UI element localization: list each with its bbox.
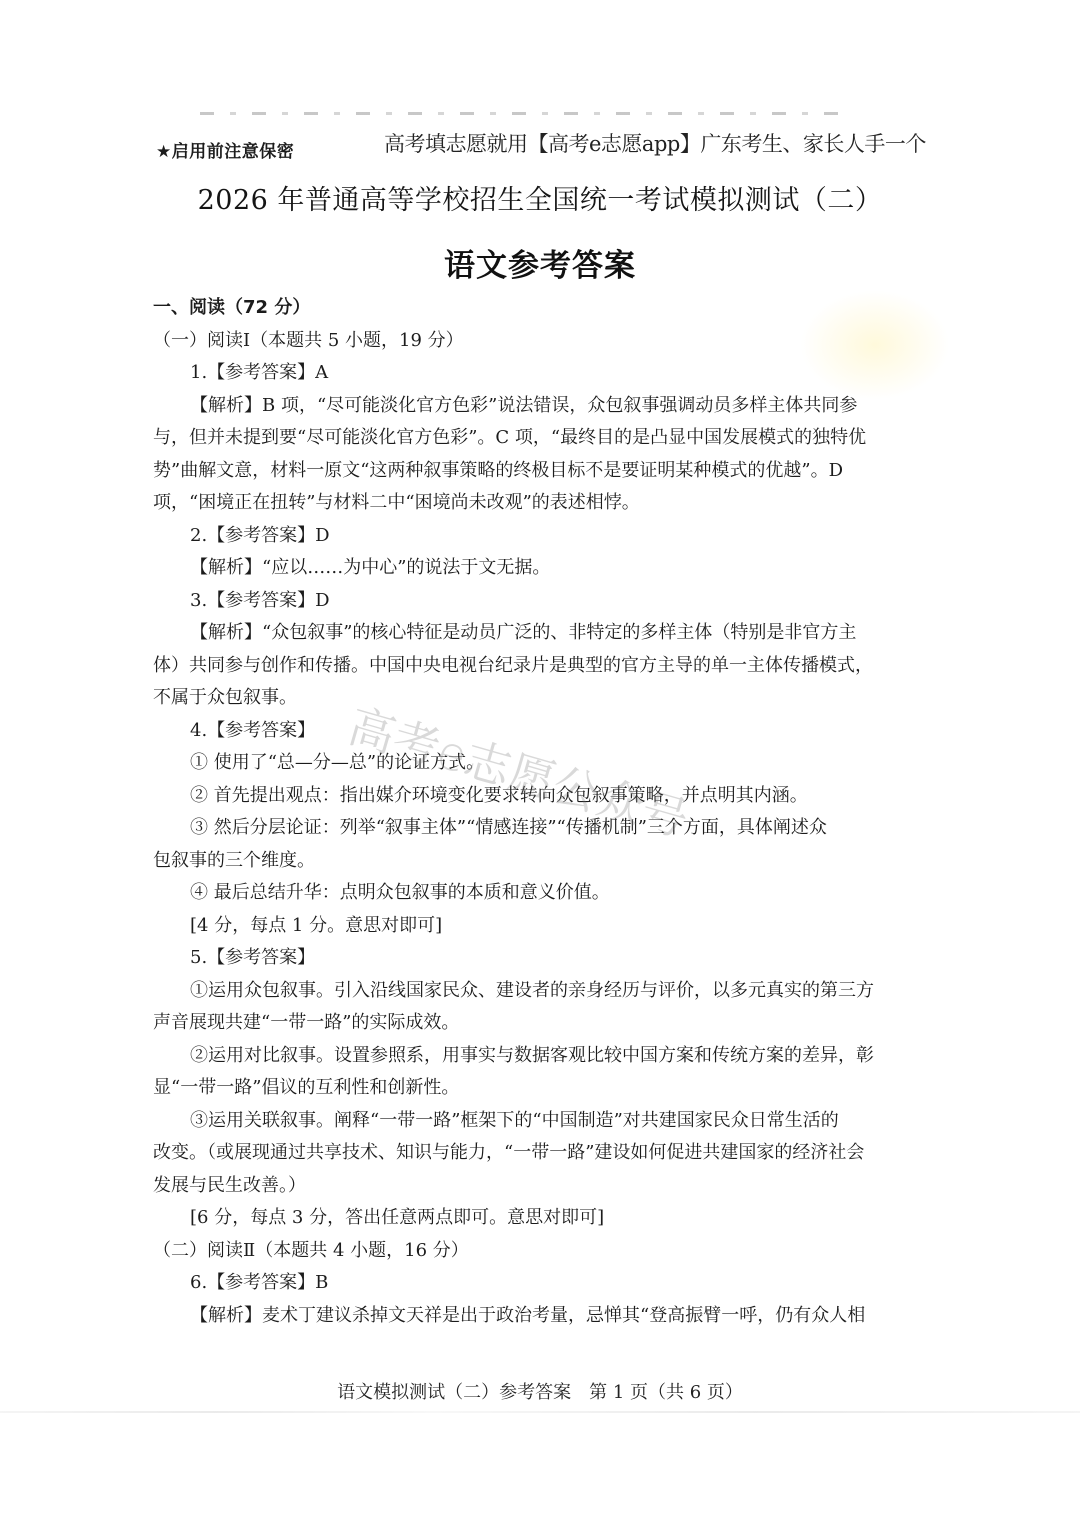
page-footer: 语文模拟测试（二）参考答案 第 1 页（共 6 页） xyxy=(0,1378,1080,1404)
faint-scan-strip xyxy=(200,112,840,115)
text-line: 【解析】B 项，“尽可能淡化官方色彩”说法错误，众包叙事强调动员多样主体共同参 xyxy=(153,390,933,423)
text-line: 与，但并未提到要“尽可能淡化官方色彩”。C 项，“最终目的是凸显中国发展模式的独… xyxy=(153,422,933,455)
text-line: 2.【参考答案】D xyxy=(153,520,933,553)
text-line: 一、阅读（72 分） xyxy=(153,292,933,325)
text-line: 6.【参考答案】B xyxy=(153,1267,933,1300)
text-line: 【解析】“应以……为中心”的说法于文无据。 xyxy=(153,552,933,585)
text-line: ③运用关联叙事。阐释“一带一路”框架下的“中国制造”对共建国家民众日常生活的 xyxy=(153,1105,933,1138)
confidential-notice: ★启用前注意保密 xyxy=(156,137,294,162)
text-line: 项，“困境正在扭转”与材料二中“困境尚未改观”的表述相悖。 xyxy=(153,487,933,520)
text-line: ④ 最后总结升华：点明众包叙事的本质和意义价值。 xyxy=(153,877,933,910)
document-title: 语文参考答案 xyxy=(0,240,1080,285)
text-line: 显“一带一路”倡议的互利性和创新性。 xyxy=(153,1072,933,1105)
text-line: 4.【参考答案】 xyxy=(153,715,933,748)
bottom-rule xyxy=(0,1411,1080,1413)
text-line: 包叙事的三个维度。 xyxy=(153,845,933,878)
text-line: 改变。（或展现通过共享技术、知识与能力，“一带一路”建设如何促进共建国家的经济社… xyxy=(153,1137,933,1170)
text-line: 【解析】麦术丁建议杀掉文天祥是出于政治考量，忌惮其“登高振臂一呼，仍有众人相 xyxy=(153,1300,933,1333)
text-line: [6 分，每点 3 分，答出任意两点即可。意思对即可] xyxy=(153,1202,933,1235)
text-line: [4 分，每点 1 分。意思对即可] xyxy=(153,910,933,943)
text-line: 5.【参考答案】 xyxy=(153,942,933,975)
text-line: ① 使用了“总—分—总”的论证方式。 xyxy=(153,747,933,780)
exam-title: 2026 年普通高等学校招生全国统一考试模拟测试（二） xyxy=(0,178,1080,217)
text-line: ② 首先提出观点：指出媒介环境变化要求转向众包叙事策略，并点明其内涵。 xyxy=(153,780,933,813)
text-line: ③ 然后分层论证：列举“叙事主体”“情感连接”“传播机制”三个方面，具体阐述众 xyxy=(153,812,933,845)
text-line: ②运用对比叙事。设置参照系，用事实与数据客观比较中国方案和传统方案的差异，彰 xyxy=(153,1040,933,1073)
text-line: 1.【参考答案】A xyxy=(153,357,933,390)
promo-banner: 高考填志愿就用【高考e志愿app】广东考生、家长人手一个 xyxy=(384,128,926,158)
text-line: 【解析】“众包叙事”的核心特征是动员广泛的、非特定的多样主体（特别是非官方主 xyxy=(153,617,933,650)
text-line: 不属于众包叙事。 xyxy=(153,682,933,715)
text-line: （二）阅读Ⅱ（本题共 4 小题，16 分） xyxy=(153,1235,933,1268)
text-line: 势”曲解文意，材料一原文“这两种叙事策略的终极目标不是要证明某种模式的优越”。D xyxy=(153,455,933,488)
text-line: 发展与民生改善。） xyxy=(153,1170,933,1203)
text-line: 体）共同参与创作和传播。中国中央电视台纪录片是典型的官方主导的单一主体传播模式， xyxy=(153,650,933,683)
answer-body: 一、阅读（72 分）（一）阅读Ⅰ（本题共 5 小题，19 分）1.【参考答案】A… xyxy=(153,292,933,1332)
text-line: ①运用众包叙事。引入沿线国家民众、建设者的亲身经历与评价，以多元真实的第三方 xyxy=(153,975,933,1008)
text-line: 声音展现共建“一带一路”的实际成效。 xyxy=(153,1007,933,1040)
text-line: 3.【参考答案】D xyxy=(153,585,933,618)
text-line: （一）阅读Ⅰ（本题共 5 小题，19 分） xyxy=(153,325,933,358)
